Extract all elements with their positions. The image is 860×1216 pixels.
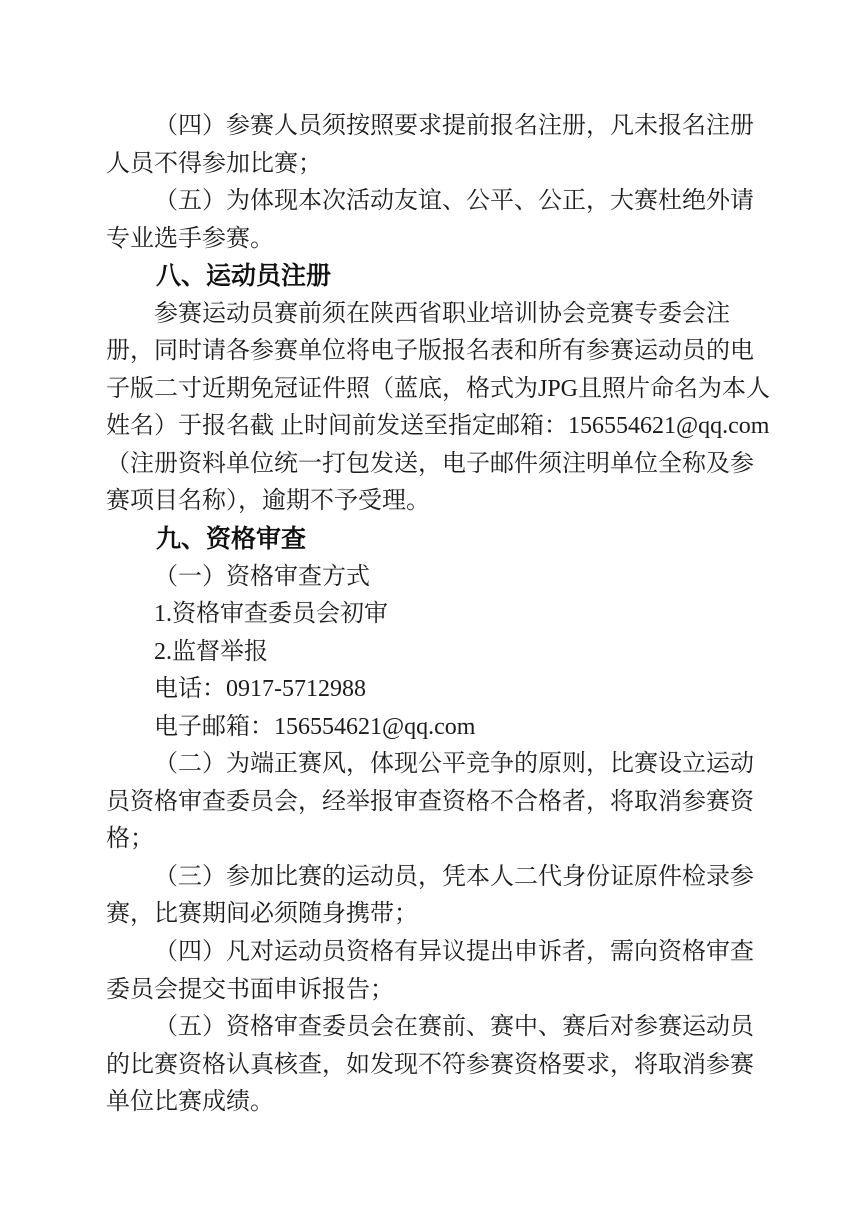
page-background: （四）参赛人员须按照要求提前报名注册，凡未报名注册 人员不得参加比赛； （五）为… <box>0 0 860 1216</box>
clause-9-3-id-card: （三）参加比赛的运动员，凭本人二代身份证原件检录参 赛，比赛期间必须随身携带； <box>106 859 786 934</box>
review-item-2: 2.监督举报 <box>106 634 786 672</box>
email-line: 电子邮箱：156554621@qq.com <box>106 709 786 747</box>
clause-9-2-fair-play: （二）为端正赛风，体现公平竞争的原则，比赛设立运动 员资格审查委员会，经举报审查… <box>106 746 786 859</box>
section-8-heading: 八、运动员注册 <box>106 258 786 296</box>
clause-9-5-verification: （五）资格审查委员会在赛前、赛中、赛后对参赛运动员 的比赛资格认真核查，如发现不… <box>106 1009 786 1122</box>
section-9-heading: 九、资格审查 <box>106 521 786 559</box>
clause-4-preregistration: （四）参赛人员须按照要求提前报名注册，凡未报名注册 人员不得参加比赛； <box>106 108 786 183</box>
document-content: （四）参赛人员须按照要求提前报名注册，凡未报名注册 人员不得参加比赛； （五）为… <box>106 108 786 1122</box>
athlete-registration-body: 参赛运动员赛前须在陕西省职业培训协会竞赛专委会注 册，同时请各参赛单位将电子版报… <box>106 296 786 521</box>
review-method-subheading: （一）资格审查方式 <box>106 559 786 597</box>
phone-line: 电话：0917-5712988 <box>106 671 786 709</box>
clause-9-4-appeal: （四）凡对运动员资格有异议提出申诉者，需向资格审查 委员会提交书面申诉报告； <box>106 934 786 1009</box>
clause-5-no-professionals: （五）为体现本次活动友谊、公平、公正，大赛杜绝外请 专业选手参赛。 <box>106 183 786 258</box>
document-page: { "page": { "background_color": "#ffffff… <box>0 0 860 1216</box>
review-item-1: 1.资格审查委员会初审 <box>106 596 786 634</box>
